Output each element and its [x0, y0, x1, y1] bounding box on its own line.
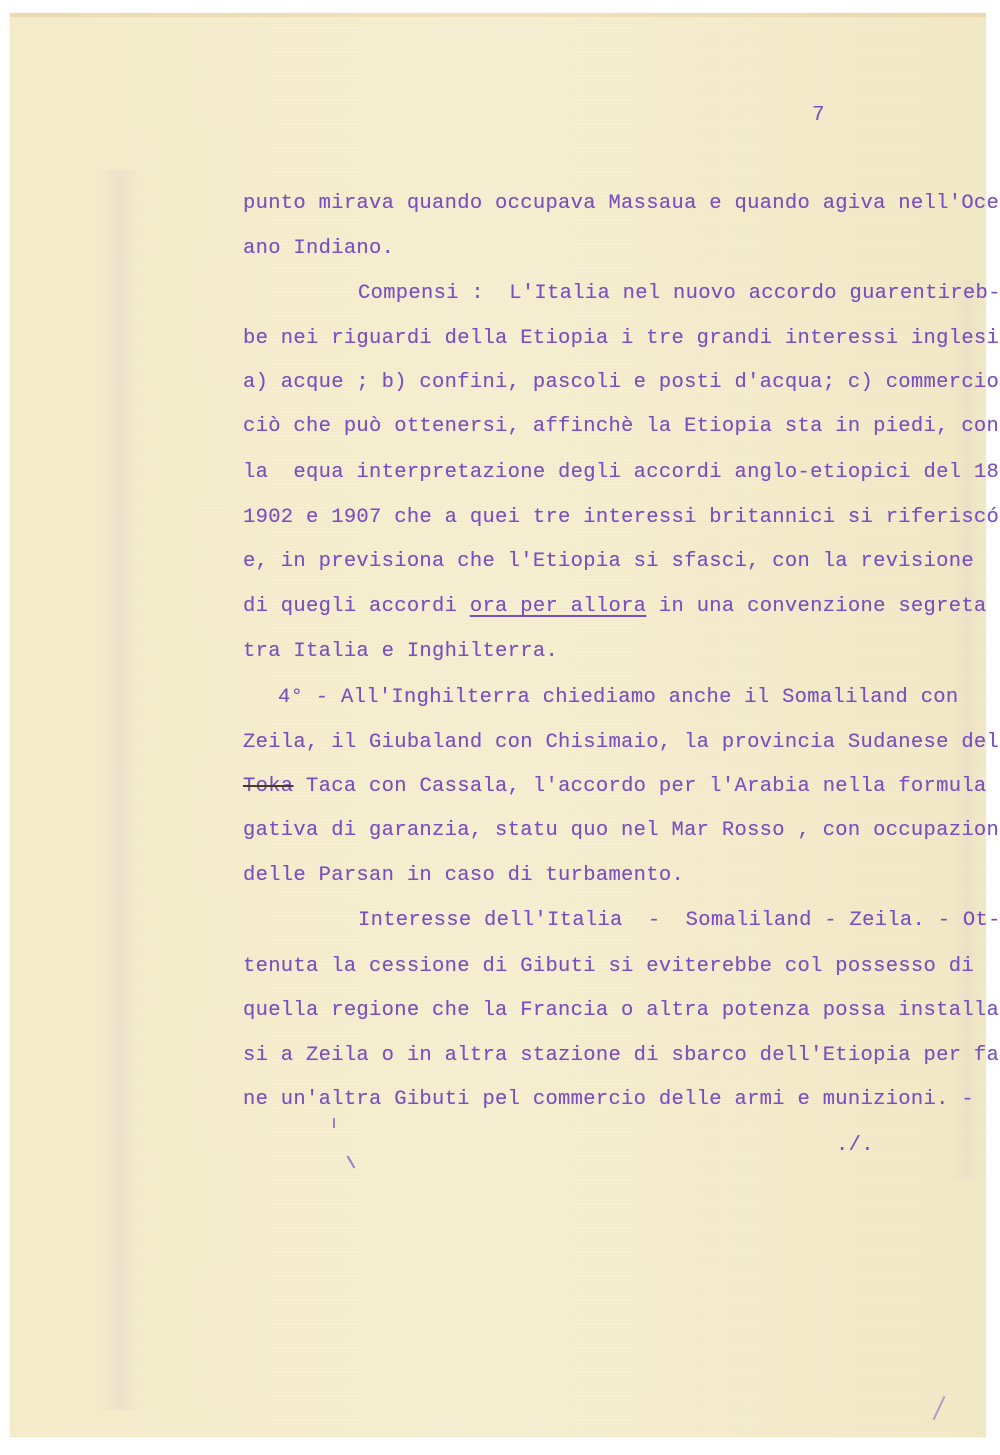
text-line-20: si a Zeila o in altra stazione di sbarco… — [243, 1046, 1000, 1067]
continuation-mark: ./. — [836, 1136, 874, 1157]
text-line-11: tra Italia e Inghilterra. — [243, 642, 558, 663]
text-line-6: ciò che può ottenersi, affinchè la Etiop… — [243, 417, 999, 438]
text-line-1: punto mirava quando occupava Massaua e q… — [243, 194, 1000, 215]
paragraph-compensi-heading: Compensi : L'Italia nel nuovo accordo gu… — [358, 284, 1000, 305]
text-line-19: quella regione che la Francia o altra po… — [243, 1001, 1000, 1022]
text-line-16: delle Parsan in caso di turbamento. — [243, 866, 684, 887]
text-line-5: a) acque ; b) confini, pascoli e posti d… — [243, 373, 1000, 394]
text-line-15: gativa di garanzia, statu quo nel Mar Ro… — [243, 821, 1000, 842]
struck-word: Toka — [243, 775, 293, 798]
paragraph-4-heading: 4° - All'Inghilterra chiediamo anche il … — [278, 688, 959, 709]
underlined-phrase: ora per allora — [470, 595, 646, 618]
text-segment: Taca con Cassala, l'accordo per l'Arabia… — [293, 775, 1000, 798]
text-line-9: e, in previsiona che l'Etiopia si sfasci… — [243, 552, 974, 573]
ink-offset-shadow — [100, 170, 140, 1410]
page-number: 7 — [812, 104, 825, 127]
pen-stroke — [333, 1118, 335, 1128]
text-segment: in una convenzione segreta — [646, 595, 986, 618]
text-line-21: ne un'altra Gibuti pel commercio delle a… — [243, 1090, 974, 1111]
text-line-10: di quegli accordi ora per allora in una … — [243, 597, 987, 618]
text-line-2: ano Indiano. — [243, 239, 394, 260]
text-line-4: be nei riguardi della Etiopia i tre gran… — [243, 329, 1000, 350]
text-line-8: 1902 e 1907 che a quei tre interessi bri… — [243, 508, 1000, 529]
paper-page — [10, 13, 986, 1437]
text-line-14: Toka Taca con Cassala, l'accordo per l'A… — [243, 777, 1000, 798]
text-line-18: tenuta la cessione di Gibuti si evitereb… — [243, 957, 974, 978]
text-line-7: la equa interpretazione degli accordi an… — [243, 463, 1000, 484]
paragraph-interesse-heading: Interesse dell'Italia - Somaliland - Zei… — [358, 911, 1000, 932]
text-segment: di quegli accordi — [243, 595, 470, 618]
text-line-13: Zeila, il Giubaland con Chisimaio, la pr… — [243, 733, 999, 754]
